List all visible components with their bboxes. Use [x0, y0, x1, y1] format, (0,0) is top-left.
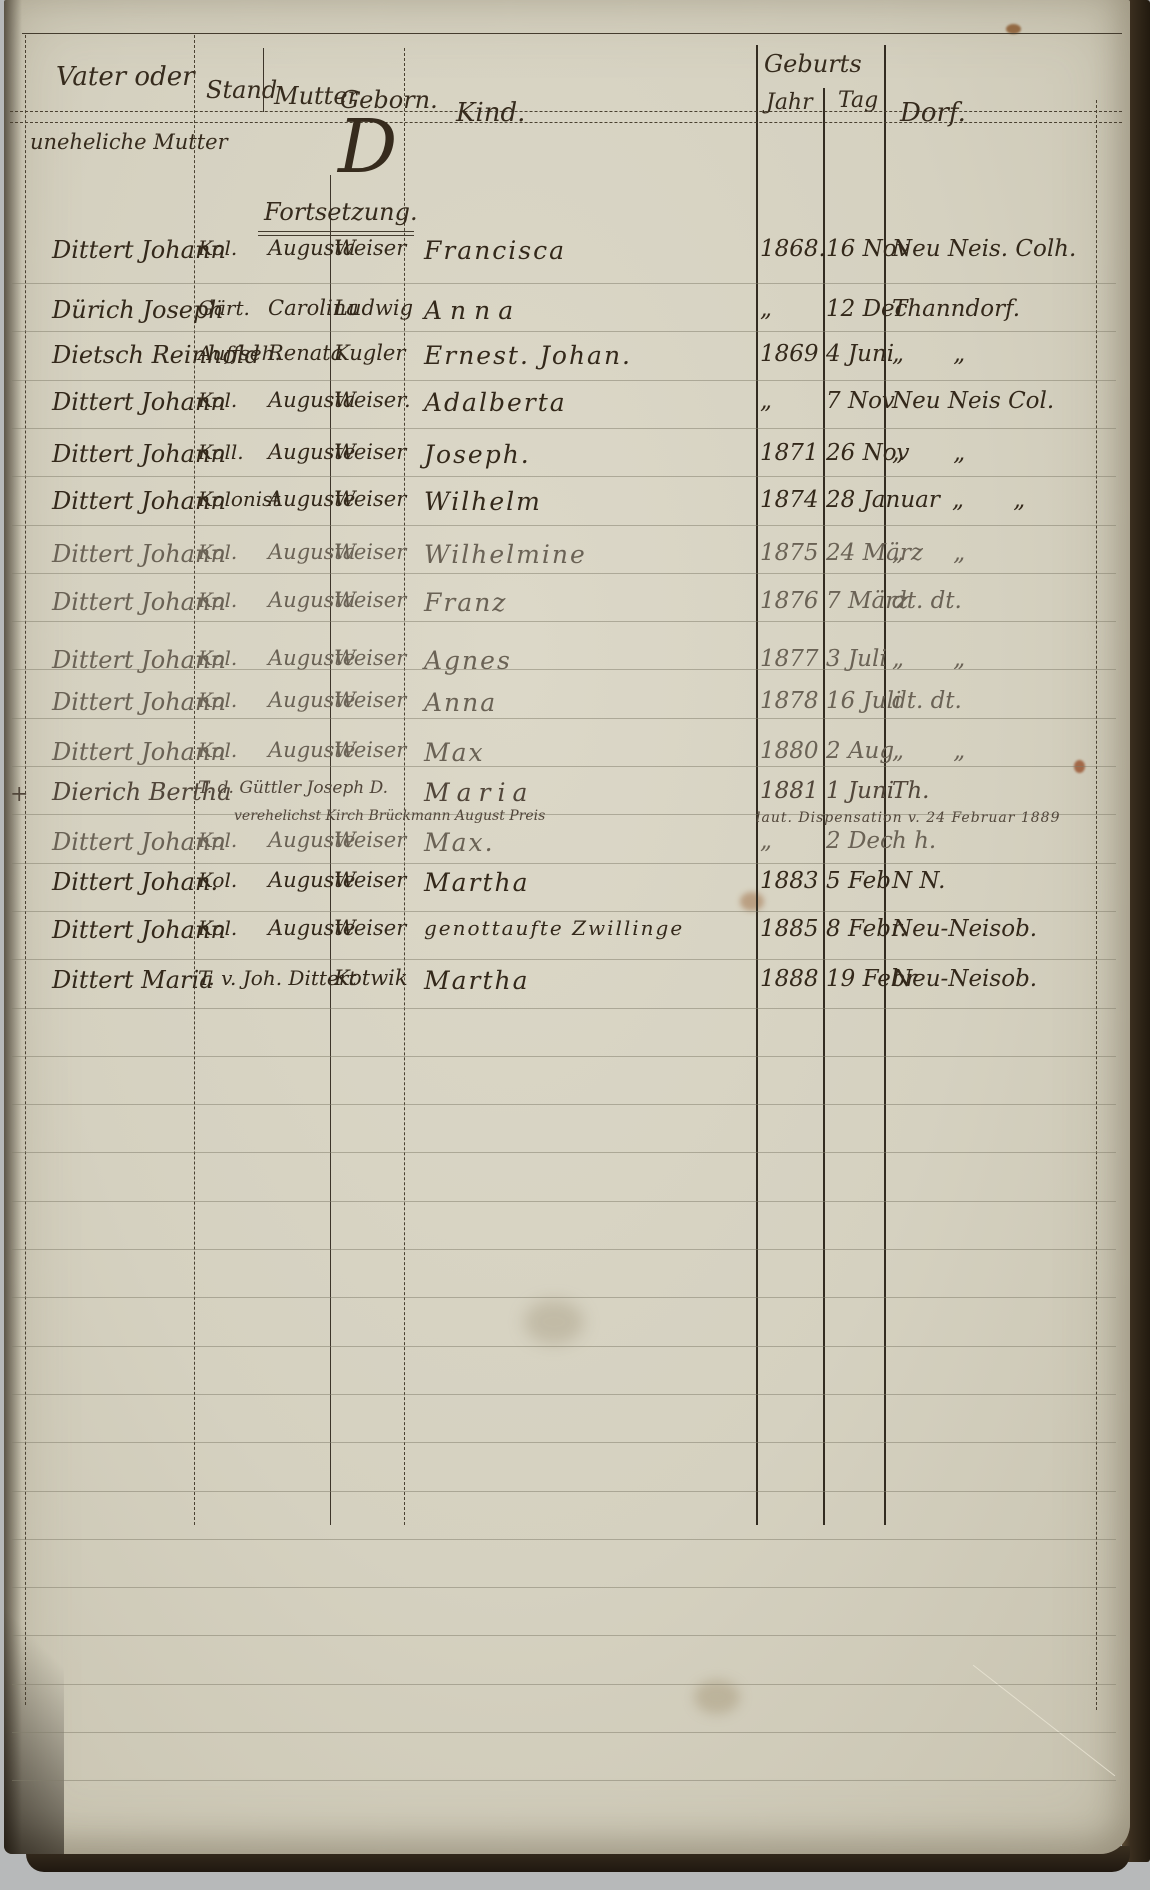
header-dorf: Dorf. — [900, 98, 966, 128]
cell-stand: T. v. Joh. Dittert — [198, 966, 356, 990]
row-rule-line — [12, 621, 1116, 622]
row-rule-line — [12, 1491, 1116, 1492]
section-continuation-label: Fortsetzung. — [264, 198, 418, 226]
cell-tag: 28 Januar — [826, 487, 940, 513]
row-rule-line — [12, 1104, 1116, 1105]
row-rule-line — [12, 476, 1116, 477]
cell-jahr: 1888 — [760, 966, 819, 992]
row-rule-line — [12, 1152, 1116, 1153]
row-rule-line — [12, 1394, 1116, 1395]
section-letter: D — [338, 104, 397, 190]
header-vater-line2: uneheliche Mutter — [30, 130, 228, 154]
cell-geboren: Weiser — [334, 868, 406, 892]
cell-geboren: Ludwig — [334, 296, 413, 320]
cell-stand: Kol. — [198, 828, 237, 852]
cell-tag: 5 Feb — [826, 868, 891, 894]
cell-kind: Franz — [424, 588, 507, 617]
cell-jahr: 1869 — [760, 341, 819, 367]
table-line — [258, 231, 414, 232]
header-geburts: Geburts — [764, 50, 862, 78]
cell-stand: Kol. — [198, 646, 237, 670]
cell-jahr: „ — [760, 388, 772, 414]
cell-dorf: Thanndorf. — [892, 296, 1020, 322]
cell-note_small: verehelichst Kirch Brückmann August Prei… — [234, 808, 545, 824]
cell-geboren: Weiser — [334, 828, 406, 852]
row-rule-line — [12, 1587, 1116, 1588]
cell-dorf: „ „ — [952, 487, 1025, 513]
paper-stain — [740, 892, 764, 911]
row-rule-line — [12, 863, 1116, 864]
row-rule-line — [12, 1297, 1116, 1298]
paper-stain — [524, 1300, 584, 1344]
cell-dorf: dt. dt. — [892, 588, 962, 614]
cell-geboren: Weiser — [334, 540, 406, 564]
cell-stand: Gärt. — [198, 296, 250, 320]
row-rule-line — [12, 911, 1116, 912]
cell-kind: Maria — [424, 778, 534, 807]
cell-name: Dittert Maria — [52, 966, 214, 994]
row-rule-line — [12, 1249, 1116, 1250]
cell-dorf: N N. — [892, 868, 945, 894]
cell-tag: 7 Nov — [826, 388, 895, 414]
row-rule-line — [12, 283, 1116, 284]
cell-name: Dittert Johan. — [52, 868, 218, 896]
cell-stand: Kol. — [198, 688, 237, 712]
register-page: Vater oder uneheliche Mutter Stand Mutte… — [4, 0, 1130, 1854]
row-rule-line — [12, 1346, 1116, 1347]
header-tag: Tag — [838, 88, 878, 113]
cell-kind: genottaufte Zwillinge — [424, 916, 684, 940]
cell-stand: Kol. — [198, 540, 237, 564]
scanned-register-photo: { "headers": { "col_parent_line1": "Vate… — [0, 0, 1150, 1890]
cell-jahr: 1881 — [760, 778, 819, 804]
cell-kind: Anna — [424, 296, 521, 325]
cell-tag: 1 Juni — [826, 778, 894, 804]
cell-geboren: Kotwik — [334, 966, 408, 990]
table-line — [404, 48, 405, 1525]
row-rule-line — [12, 525, 1116, 526]
cell-stand: Kol. — [198, 916, 237, 940]
cell-jahr: „ — [760, 828, 772, 854]
row-rule-line — [12, 959, 1116, 960]
cell-dorf: „ „ — [892, 646, 965, 672]
cell-kind: Ernest. Johan. — [424, 341, 632, 370]
cell-geboren: Weiser — [334, 440, 406, 464]
paper-stain — [694, 1680, 740, 1714]
cell-geboren: Weiser — [334, 646, 406, 670]
cell-geboren: Weiser — [334, 916, 406, 940]
cell-kind: Adalberta — [424, 388, 567, 417]
row-rule-line — [12, 428, 1116, 429]
cell-dorf: dt. dt. — [892, 688, 962, 714]
cell-stand: Kol. — [198, 868, 237, 892]
cell-jahr: 1885 — [760, 916, 819, 942]
cell-jahr: 1868. — [760, 236, 826, 262]
cell-tag: 4 Juni — [826, 341, 894, 367]
row-rule-line — [12, 1780, 1116, 1781]
row-rule-line — [12, 1008, 1116, 1009]
table-line — [22, 33, 1122, 34]
cell-geboren: Weiser — [334, 688, 406, 712]
cell-stand: Kol. — [198, 588, 237, 612]
table-line — [25, 35, 26, 1705]
cell-kind: Wilhelmine — [424, 540, 587, 569]
cell-stand: Koll. — [198, 440, 244, 464]
row-rule-line — [12, 1539, 1116, 1540]
cell-jahr: 1871 — [760, 440, 819, 466]
cell-kind: Francisca — [424, 236, 566, 265]
cell-dorf: Th. — [892, 778, 929, 804]
cell-dorf: Neu-Neisob. — [892, 966, 1037, 992]
row-rule-line — [12, 766, 1116, 767]
row-rule-line — [12, 1442, 1116, 1443]
table-line — [1096, 100, 1097, 1710]
cell-kind: Wilhelm — [424, 487, 542, 516]
row-rule-line — [12, 718, 1116, 719]
binding-corner-shadow — [4, 1534, 64, 1854]
cell-kind: Anna — [424, 688, 497, 717]
row-rule-line — [12, 1635, 1116, 1636]
row-rule-line — [12, 1056, 1116, 1057]
table-line — [756, 45, 758, 1525]
cell-dorf: „ „ — [892, 341, 965, 367]
cell-geboren: Weiser — [334, 236, 406, 260]
cell-kind: Max — [424, 738, 485, 767]
cell-geboren: Weiser. — [334, 388, 411, 412]
row-rule-line — [12, 380, 1116, 381]
cell-dorf: Neu Neis Col. — [892, 388, 1054, 414]
cell-kind: Martha — [424, 868, 530, 897]
row-rule-line — [12, 1732, 1116, 1733]
cell-geboren: Weiser — [334, 487, 406, 511]
header-kind: Kind. — [456, 98, 525, 128]
cell-dorf: Neu-Neisob. — [892, 916, 1037, 942]
cell-dorf: Neu Neis. Colh. — [892, 236, 1076, 262]
header-jahr: Jahr — [766, 90, 813, 115]
cell-jahr: 1874 — [760, 487, 819, 513]
row-rule-line — [12, 573, 1116, 574]
cell-tag: 3 Juli — [826, 646, 887, 672]
paper-scratch — [973, 1665, 1115, 1777]
cell-jahr: 1883 — [760, 868, 819, 894]
cell-stand: T. d. Güttler Joseph D. — [198, 778, 388, 798]
cell-note_right: laut. Dispensation v. 24 Februar 1889 — [756, 810, 1060, 826]
table-line — [823, 88, 825, 1525]
cell-jahr: 1877 — [760, 646, 819, 672]
cell-jahr: „ — [760, 296, 772, 322]
cell-stand: Kol. — [198, 738, 237, 762]
cell-tag: 2 Aug — [826, 738, 894, 764]
cell-geboren: Kugler — [334, 341, 405, 365]
cell-tag: 2 Dec — [826, 828, 893, 854]
cell-jahr: 1880 — [760, 738, 819, 764]
cell-jahr: 1876 — [760, 588, 819, 614]
cell-dorf: h h. — [892, 828, 936, 854]
row-rule-line — [12, 331, 1116, 332]
cell-dorf: „ „ — [892, 540, 965, 566]
cell-jahr: 1875 — [760, 540, 819, 566]
cell-jahr: 1878 — [760, 688, 819, 714]
cell-kind: Agnes — [424, 646, 512, 675]
cell-stand: Kol. — [198, 388, 237, 412]
row-rule-line — [12, 1684, 1116, 1685]
cell-mutter: Renata — [268, 341, 343, 365]
cell-kind: Max. — [424, 828, 495, 857]
cell-kind: Martha — [424, 966, 530, 995]
header-vater-line1: Vater oder — [56, 62, 195, 92]
cell-kind: Joseph. — [424, 440, 531, 469]
row-rule-line — [12, 1201, 1116, 1202]
cell-dorf: „ „ — [892, 440, 965, 466]
cell-stand: Kol. — [198, 236, 237, 260]
cell-tag: 16 Juli — [826, 688, 901, 714]
cell-geboren: Weiser — [334, 738, 406, 762]
header-stand: Stand — [206, 76, 277, 104]
cell-dorf: „ „ — [892, 738, 965, 764]
cell-geboren: Weiser — [334, 588, 406, 612]
cell-marginal: + — [10, 782, 28, 807]
